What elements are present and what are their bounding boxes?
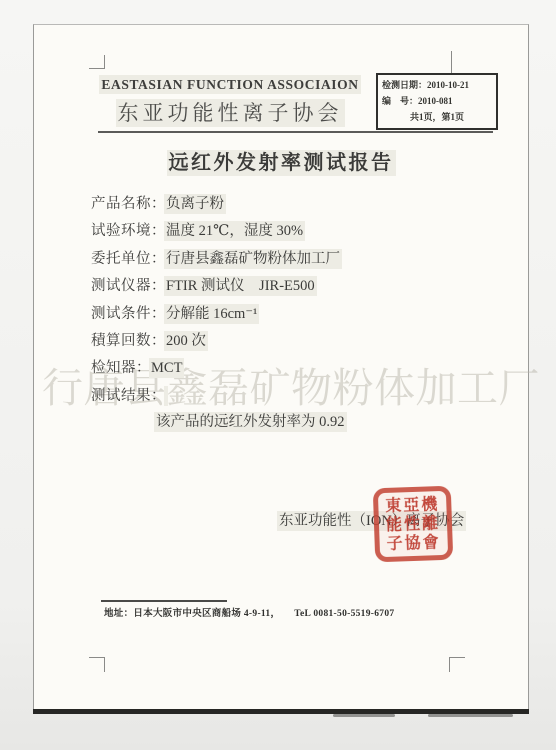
field-client: 委托单位：行唐县鑫磊矿物粉体加工厂 [91, 247, 340, 274]
page-bottom-edge [33, 709, 529, 714]
footer-address: 地址：日本大阪市中央区商船场 4-9-11， [104, 609, 280, 619]
report-fields: 产品名称：负离子粉 试验环境：温度 21℃，湿度 30% 委托单位：行唐县鑫磊矿… [91, 192, 340, 411]
field-detector: 检知器：MCT [91, 356, 340, 383]
report-date: 检测日期：2010-10-21 [382, 78, 492, 94]
report-page: EASTASIAN FUNCTION ASSOCIAION 东亚功能性离子协会 … [33, 24, 529, 714]
header-divider [98, 131, 493, 133]
field-test-environment: 试验环境：温度 21℃，湿度 30% [91, 219, 340, 246]
field-integration-count: 積算回数：200 次 [91, 329, 340, 356]
field-test-result-label: 测试结果： [91, 384, 340, 411]
footer-divider [101, 600, 227, 602]
document-title: 远红外发射率测试报告 [34, 146, 528, 175]
footer-contact: 地址：日本大阪市中央区商船场 4-9-11，TeL 0081-50-5519-6… [104, 605, 394, 619]
footer-telephone: TeL 0081-50-5519-6707 [294, 609, 394, 619]
scanned-report-image: { "header": { "org_en": "EASTASIAN FUNCT… [0, 0, 556, 750]
test-result-value: 该产品的远红外发射率为 0.92 [156, 410, 345, 431]
field-product-name: 产品名称：负离子粉 [91, 192, 340, 219]
red-seal-stamp: 東亞機 能性離 子協會 [373, 486, 454, 563]
report-number: 编 号：2010-081 [382, 94, 492, 110]
crop-mark-top-right [451, 51, 452, 75]
org-name-english: EASTASIAN FUNCTION ASSOCIAION [62, 77, 398, 93]
report-pages: 共1页，第1页 [382, 110, 492, 126]
field-instrument: 测试仪器：FTIR 测试仪 JIR-E500 [91, 274, 340, 301]
field-test-condition: 测试条件：分解能 16cm⁻¹ [91, 302, 340, 329]
org-name-chinese: 东亚功能性离子协会 [62, 97, 398, 127]
report-info-box: 检测日期：2010-10-21 编 号：2010-081 共1页，第1页 [376, 73, 498, 130]
